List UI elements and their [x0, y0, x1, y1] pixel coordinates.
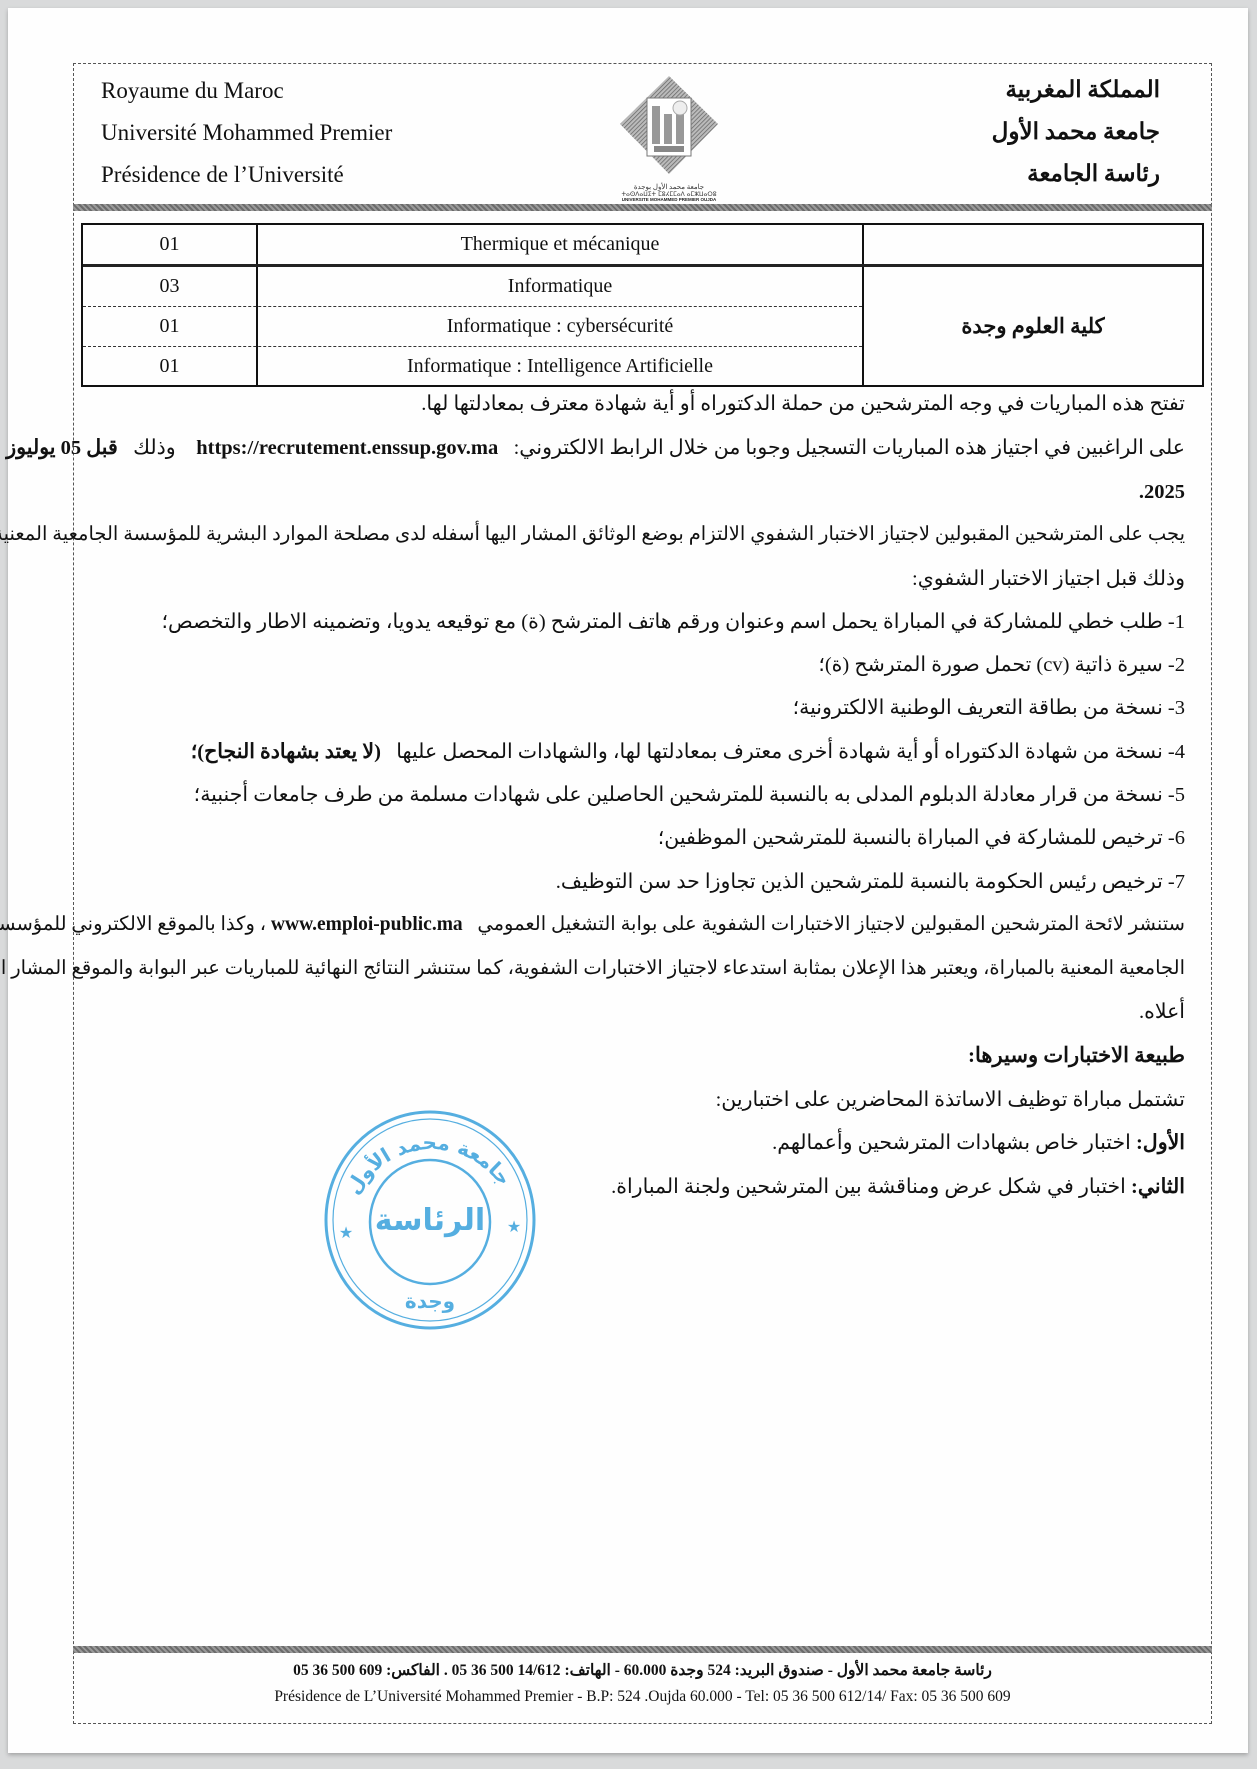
- registration-deadline: قبل 05 يوليوز: [6, 437, 117, 459]
- exams-intro: تشتمل مباراة توظيف الاساتذة المحاضرين عل…: [716, 1090, 1185, 1111]
- positions-table: 01 Thermique et mécanique 03 Informatiqu…: [81, 223, 1204, 387]
- table-cell-count: 01: [83, 347, 256, 385]
- document-item-3: 3- نسخة من بطاقة التعريف الوطنية الالكتر…: [793, 698, 1185, 719]
- footer-address-fr: Présidence de L’Université Mohammed Prem…: [73, 1688, 1212, 1706]
- publication-text-after: ، وكذا بالموقع الالكتروني للمؤسسة: [0, 914, 266, 935]
- registration-text: على الراغبين في اجتياز هذه المباريات الت…: [514, 437, 1185, 459]
- stamp-seal-icon: جامعة محمد الأول الرئاسة وجدة ★ ★: [318, 1108, 543, 1333]
- publication-paragraph-line3: أعلاه.: [1139, 1002, 1185, 1023]
- svg-text:وجدة: وجدة: [405, 1289, 455, 1313]
- section-title: طبيعة الاختبارات وسيرها:: [968, 1045, 1185, 1066]
- header-university-ar: جامعة محمد الأول: [992, 120, 1160, 143]
- exam-1: الأول: اختبار خاص بشهادات المترشحين وأعم…: [772, 1133, 1185, 1154]
- header-presidency-fr: Présidence de l’Université: [101, 163, 344, 186]
- exam-2: الثاني: اختبار في شكل عرض ومناقشة بين ال…: [611, 1177, 1185, 1198]
- registration-paragraph: على الراغبين في اجتياز هذه المباريات الت…: [6, 438, 1185, 459]
- eligibility-paragraph: تفتح هذه المباريات في وجه المترشحين من ح…: [421, 394, 1185, 415]
- exam-1-label: الأول:: [1136, 1132, 1185, 1154]
- obligation-paragraph-line1: يجب على المترشحين المقبولين لاجتياز الاخ…: [0, 525, 1185, 545]
- table-cell-specialty: Thermique et mécanique: [258, 225, 862, 264]
- table-cell-count: 01: [83, 225, 256, 264]
- publication-paragraph-line1: ستنشر لائحة المترشحين المقبولين لاجتياز …: [0, 915, 1185, 935]
- table-cell-count: 01: [83, 307, 256, 345]
- university-logo: جامعة محمد الأول بوجدة ⵜⴰⵙⴷⴰⵡⵉⵜ ⵎⵓⵃⵎⵎⴰⴷ …: [614, 74, 724, 204]
- table-cell-specialty: Informatique: [258, 267, 862, 305]
- footer-divider: [73, 1646, 1212, 1653]
- registration-link[interactable]: https://recrutement.enssup.gov.ma: [196, 437, 498, 459]
- table-cell-specialty: Informatique : Intelligence Artificielle: [258, 347, 862, 385]
- exam-2-label: الثاني:: [1131, 1176, 1185, 1198]
- publication-text: ستنشر لائحة المترشحين المقبولين لاجتياز …: [477, 914, 1185, 935]
- obligation-paragraph-line2: وذلك قبل اجتياز الاختبار الشفوي:: [912, 569, 1185, 590]
- document-item-4-text: 4- نسخة من شهادة الدكتوراه أو أية شهادة …: [396, 741, 1185, 763]
- document-item-1: 1- طلب خطي للمشاركة في المباراة يحمل اسم…: [161, 612, 1185, 633]
- header-university-fr: Université Mohammed Premier: [101, 121, 392, 144]
- svg-text:الرئاسة: الرئاسة: [375, 1203, 485, 1238]
- footer-address-ar: رئاسة جامعة محمد الأول - صندوق البريد: 5…: [73, 1661, 1212, 1680]
- table-cell-specialty: Informatique : cybersécurité: [258, 307, 862, 345]
- publication-paragraph-line2: الجامعية المعنية بالمباراة، ويعتبر هذا ا…: [0, 959, 1185, 979]
- svg-text:★: ★: [339, 1225, 353, 1242]
- exam-1-text: اختبار خاص بشهادات المترشحين وأعمالهم.: [772, 1132, 1131, 1154]
- svg-text:★: ★: [507, 1219, 521, 1236]
- logo-emblem-icon: [614, 74, 724, 179]
- document-item-4: 4- نسخة من شهادة الدكتوراه أو أية شهادة …: [191, 742, 1185, 763]
- document-item-7: 7- ترخيص رئيس الحكومة بالنسبة للمترشحين …: [556, 872, 1185, 893]
- header-divider: [73, 204, 1212, 211]
- document-item-4-note: (لا يعتد بشهادة النجاح)؛: [191, 741, 381, 763]
- exam-2-text: اختبار في شكل عرض ومناقشة بين المترشحين …: [611, 1176, 1126, 1198]
- header-kingdom-fr: Royaume du Maroc: [101, 79, 284, 102]
- table-cell-count: 03: [83, 267, 256, 305]
- emploi-public-link[interactable]: www.emploi-public.ma: [271, 914, 463, 935]
- table-cell-establishment: كلية العلوم وجدة: [864, 267, 1202, 385]
- registration-text-after: وذلك: [133, 437, 176, 459]
- document-item-5: 5- نسخة من قرار معادلة الدبلوم المدلى به…: [194, 785, 1185, 806]
- header-presidency-ar: رئاسة الجامعة: [1027, 162, 1160, 185]
- registration-deadline-year: 2025.: [1139, 481, 1185, 503]
- document-item-2: 2- سيرة ذاتية (cv) تحمل صورة المترشح (ة)…: [818, 655, 1185, 676]
- registration-year: 2025.: [1139, 482, 1185, 503]
- document-item-6: 6- ترخيص للمشاركة في المباراة بالنسبة لل…: [658, 828, 1185, 849]
- document-page: Royaume du Maroc Université Mohammed Pre…: [8, 8, 1248, 1753]
- official-stamp: جامعة محمد الأول الرئاسة وجدة ★ ★: [318, 1108, 543, 1333]
- logo-caption-fr: UNIVERSITE MOHAMMED PREMIER OUJDA: [614, 198, 724, 203]
- header-kingdom-ar: المملكة المغربية: [1005, 78, 1160, 101]
